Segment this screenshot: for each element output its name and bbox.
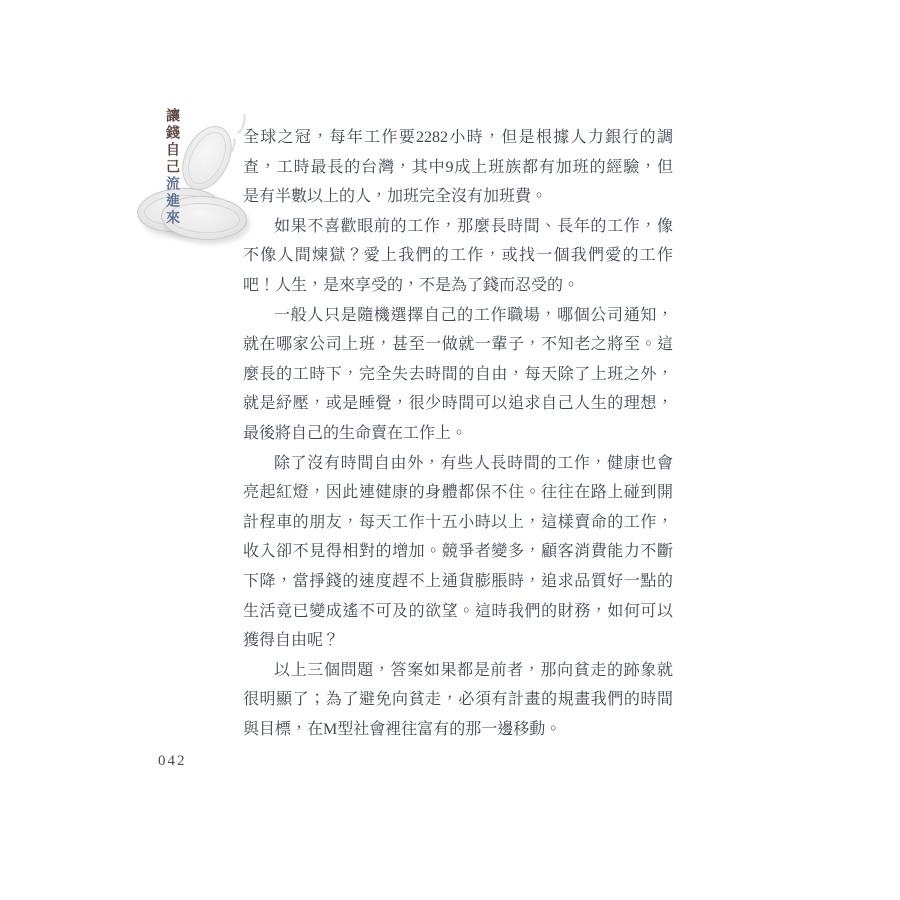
book-logo: 讓錢自己流進來 — [135, 100, 245, 242]
text-line: 以上三個問題，答案如果都是前者，那向貧走的跡象就 — [243, 656, 673, 686]
text-line: 查，工時最長的台灣，其中9成上班族都有加班的經驗，但 — [243, 153, 673, 183]
text-line: 不像人間煉獄？愛上我們的工作，或找一個我們愛的工作 — [243, 241, 673, 271]
text-line: 與目標，在M型社會裡往富有的那一邊移動。 — [243, 715, 673, 745]
text-line: 一般人只是隨機選擇自己的工作職場，哪個公司通知， — [243, 301, 673, 331]
text-line: 就在哪家公司上班，甚至一做就一輩子，不知老之將至。這 — [243, 330, 673, 360]
book-title-vertical: 讓錢自己流進來 — [164, 108, 178, 227]
text-line: 下降，當掙錢的速度趕不上通貨膨脹時，追求品質好一點的 — [243, 567, 673, 597]
text-line: 獲得自由呢？ — [243, 626, 673, 656]
text-line: 生活竟已變成遙不可及的欲望。這時我們的財務，如何可以 — [243, 597, 673, 627]
text-line: 最後將自己的生命賣在工作上。 — [243, 419, 673, 449]
text-line: 很明顯了；為了避免向貧走，必須有計畫的規畫我們的時間 — [243, 685, 673, 715]
text-line: 如果不喜歡眼前的工作，那麼長時間、長年的工作，像 — [243, 212, 673, 242]
book-title-bottom: 流進來 — [164, 176, 179, 227]
text-line: 除了沒有時間自由外，有些人長時間的工作，健康也會 — [243, 449, 673, 479]
body-text: 全球之冠，每年工作要2282小時，但是根據人力銀行的調查，工時最長的台灣，其中9… — [243, 123, 673, 744]
page-number: 042 — [158, 753, 187, 770]
text-line: 全球之冠，每年工作要2282小時，但是根據人力銀行的調 — [243, 123, 673, 153]
text-line: 是有半數以上的人，加班完全沒有加班費。 — [243, 182, 673, 212]
book-title-top: 讓錢自己 — [164, 108, 179, 176]
text-line: 收入卻不見得相對的增加。競爭者變多，顧客消費能力不斷 — [243, 537, 673, 567]
text-line: 計程車的朋友，每天工作十五小時以上，這樣賣命的工作， — [243, 508, 673, 538]
text-line: 就是紓壓，或是睡覺，很少時間可以追求自己人生的理想， — [243, 389, 673, 419]
text-line: 麼長的工時下，完全失去時間的自由，每天除了上班之外， — [243, 360, 673, 390]
book-page: 讓錢自己流進來 全球之冠，每年工作要2282小時，但是根據人力銀行的調查，工時最… — [0, 0, 900, 900]
text-line: 亮起紅燈，因此連健康的身體都保不住。往往在路上碰到開 — [243, 478, 673, 508]
text-line: 吧！人生，是來享受的，不是為了錢而忍受的。 — [243, 271, 673, 301]
